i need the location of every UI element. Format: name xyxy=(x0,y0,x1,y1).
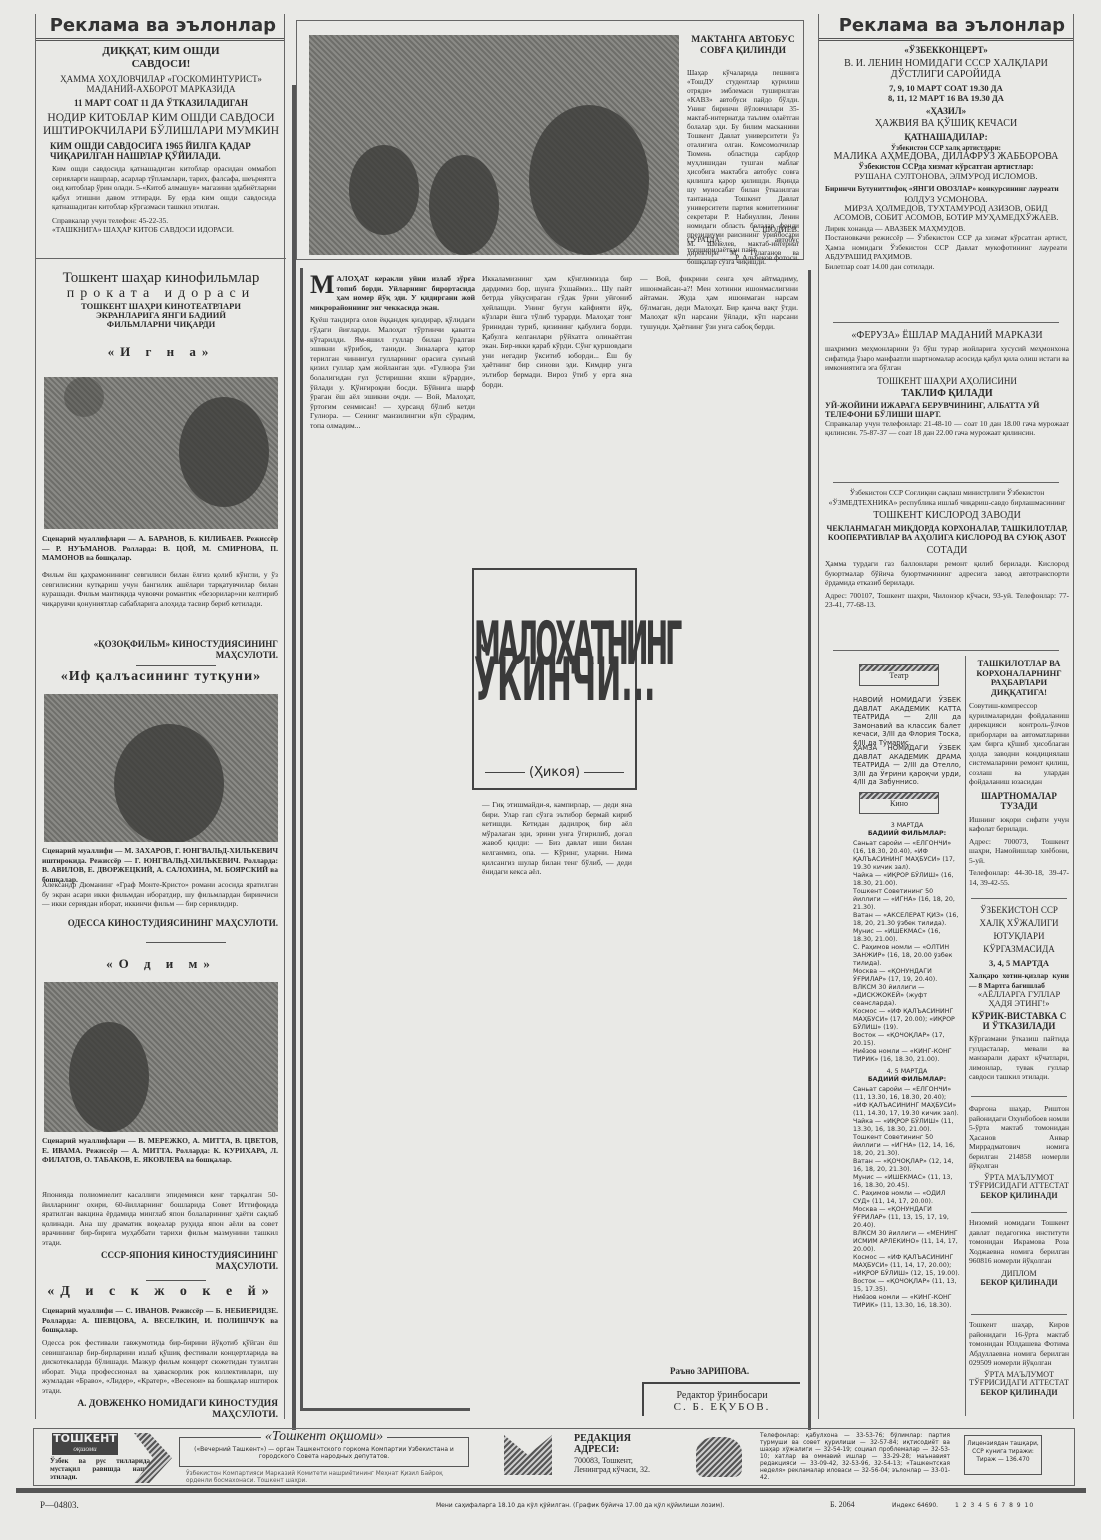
schedule-item: С. Раҳимов номли — «ОЛТИН ЗАНЖИР» (16, 1… xyxy=(853,944,961,968)
film-desc: Японияда полиомиелит касаллиги эпидемияс… xyxy=(42,1190,278,1247)
concert-subtitle: ҲАЖВИЯ ВА ҚЎШИҚ КЕЧАСИ xyxy=(825,118,1067,129)
compressor-phones: Телефонлар: 44-30-18, 39-47-14, 39-42-55… xyxy=(969,868,1069,887)
schedule-date: 4, 5 МАРТДА xyxy=(853,1068,961,1076)
schedule-item: ВЛКСМ 30 йиллиги — «МЕНИНГ ИСМИМ АРЛЕКИН… xyxy=(853,1230,961,1254)
editor-label: Редактор ўринбосари xyxy=(644,1390,800,1401)
lost-doc-status: БЕКОР ҚИЛИНАДИ xyxy=(969,1388,1069,1397)
address-label: РЕДАКЦИЯ АДРЕСИ: xyxy=(574,1433,664,1455)
editor-box: Редактор ўринбосари С. Б. ЕҚУБОВ. xyxy=(642,1382,800,1416)
concert-org: «ЎЗБЕККОНЦЕРТ» xyxy=(825,45,1067,55)
exhibition-dates: 3, 4, 5 МАРТДА xyxy=(969,958,1069,968)
film-studio: ОДЕССА КИНОСТУДИЯСИНИНГ МАҲСУЛОТИ. xyxy=(42,918,278,929)
bus-article-title: МАКТАНГА АВТОБУС СОВҒА ҚИЛИНДИ xyxy=(687,35,799,56)
film-photo xyxy=(44,694,278,842)
story-dropcap: М xyxy=(310,274,335,296)
oxygen-title: ТОШКЕНТ КИСЛОРОД ЗАВОДИ xyxy=(825,510,1069,521)
story-column-2b: — Гиқ этишмайди-я, кампирлар, — деди яна… xyxy=(482,800,632,877)
schedule-item: Ниёзов номли — «КИНГ-КОНГ ТИРИК» (11, 13… xyxy=(853,1294,961,1310)
masthead-sub: («Вечерний Ташкент») — орган Ташкентског… xyxy=(180,1444,468,1462)
other-artists: МИРЗА ҲОЛМЕДОВ, ТУХТАМУРОД АЗИЗОВ, ОБИД … xyxy=(825,204,1067,222)
bus-photo-caption: СУРАТДА: автобус топширилаётган пайт. xyxy=(687,235,799,254)
auction-note: КИМ ОШДИ САВДОСИГА 1965 ЙИЛГА ҚАДАР ЧИҚА… xyxy=(42,141,280,161)
feruza-condition: УЙ-ЖОЙИНИ ИЖАРАГА БЕРУВЧИНИНГ, АЛБАТТА У… xyxy=(825,401,1069,419)
divider xyxy=(971,1212,1067,1213)
footer: ТОШКЕНТ оқшоми Ўзбек ва рус тилларида му… xyxy=(33,1428,1075,1486)
film-credits: Сценарий муаллифлари — В. МЕРЕЖКО, А. МИ… xyxy=(42,1136,278,1165)
logo-bottom: оқшоми xyxy=(52,1445,118,1453)
schedule-item: Саньат саройи — «ЕЛГОНЧИ» (11, 13.30, 16… xyxy=(853,1086,961,1118)
divider xyxy=(971,1314,1067,1315)
schedule-item: Восток — «ҚОЧОҚЛАР» (17, 20.15). xyxy=(853,1032,961,1048)
schedule-item: Мунис — «ИШЕКМАС» (16, 18.30, 21.00). xyxy=(853,928,961,944)
cinema-schedule: 3 МАРТДА БАДИИЙ ФИЛЬМЛАР: Саньат саройи … xyxy=(853,822,961,1310)
schedule-date: 3 МАРТДА xyxy=(853,822,961,830)
concert-dates-2: 8, 11, 12 МАРТ 16 ВА 19.30 ДА xyxy=(825,93,1067,103)
schedule-item: Ватан — «ҚОЧОҚЛАР» (12, 14, 16, 18, 20, … xyxy=(853,1158,961,1174)
story-text: — Вой, фикрини сенга ҳеч айтмадиму, ишон… xyxy=(640,274,798,332)
section-header: Реклама ва эълонлар xyxy=(36,14,284,41)
film-credits: Сценарий муаллифлари — А. БАРАНОВ, Б. КИ… xyxy=(42,534,278,563)
page-numbers: 1 2 3 4 5 6 7 8 9 10 xyxy=(955,1502,1034,1509)
film-title: «И г н а» xyxy=(36,344,286,360)
schedule-item: Москва — «ҚОНУНДАГИ ЎҒРИЛАР» (17, 19, 20… xyxy=(853,968,961,984)
story-genre: (Ҳикоя) xyxy=(474,765,635,780)
story-text: — Гиқ этишмайди-я, кампирлар, — деди яна… xyxy=(482,800,632,877)
compressor-address: Адрес: 700073, Тошкент шаҳри, Намойишлар… xyxy=(969,837,1069,866)
divider xyxy=(833,322,1059,323)
column-rule xyxy=(808,270,811,1430)
exhibition-intro: Халқаро хотин-қизлар куни — 8 Мартга бағ… xyxy=(969,971,1069,990)
divider xyxy=(146,942,226,943)
story: М АЛОҲАТ керакли уйни излаб зўрға топиб … xyxy=(300,268,800,1418)
lost-doc-notice: Фарғона шаҳар, Риштон районидаги Охунбоб… xyxy=(969,1104,1069,1200)
lost-doc-type: ЎРТА МАЪЛУМОТ ТЎҒРИСИДАГИ АТТЕСТАТ xyxy=(969,1174,1069,1191)
logo: ТОШКЕНТ оқшоми xyxy=(52,1433,118,1455)
auction-date: 11 МАРТ СОАТ 11 ДА ЎТКАЗИЛАДИГАН xyxy=(42,98,280,108)
film-desc: Одесса рок фестивали гавжумотида бир-бир… xyxy=(42,1338,278,1395)
theatre-label-box[interactable]: Театр xyxy=(859,664,939,686)
lost-doc-type: ДИПЛОМ xyxy=(969,1269,1069,1278)
film-desc: Александр Дюманинг «Граф Монте-Кристо» р… xyxy=(42,880,278,909)
cinema-title: Тошкент шаҳар кинофильмлар xyxy=(36,270,286,286)
story-column-2: Иккаламизнинг ҳам кўнглимизда бир дардим… xyxy=(482,274,632,389)
story-title-2: ЎКИНЧИ... xyxy=(474,642,635,722)
column-rule xyxy=(292,85,296,1430)
compressor-quality: Ишнинг юқори сифати учун кафолат берилад… xyxy=(969,815,1069,834)
story-column-3: — Вой, фикрини сенга ҳеч айтмадиму, ишон… xyxy=(640,274,798,332)
bus-article-author: С. ШОДИЕВ. xyxy=(687,225,799,234)
signing-time: Мени саҳифаларга 18.10 да кўл қўйилган. … xyxy=(436,1502,724,1509)
feruza-invite: ТАКЛИФ ҚИЛАДИ xyxy=(825,388,1069,399)
auction-org: «ТАШКНИГА» ШАҲАР КИТОБ САВДОСИ ИДОРАСИ. xyxy=(42,225,280,235)
auction-phone: Справкалар учун телефон: 45-22-35. xyxy=(42,216,280,226)
oxygen-address: Адрес: 700107, Тошкент шаҳри, Чилонзор к… xyxy=(825,591,1069,610)
schedule-item: Саньат саройи — «ЕЛГОНЧИ» (16, 18.30, 20… xyxy=(853,840,961,872)
story-title-box: МАЛОҲАТНИНГ ЎКИНЧИ... (Ҳикоя) xyxy=(472,568,637,790)
editor-name: С. Б. ЕҚУБОВ. xyxy=(644,1401,800,1413)
schedule-item: Чайка — «ИҚРОР БЎЛИШ» (16, 18.30, 21.00)… xyxy=(853,872,961,888)
index-box: Лицензиядан ташқари, ССР кунига тиражи: … xyxy=(964,1435,1042,1475)
oxygen-ad: Ўзбекистон ССР Соғлиқни сақлаш министрли… xyxy=(819,488,1075,610)
people-artists: МАЛИКА АҲМЕДОВА, ДИЛАФРЎЗ ЖАББОРОВА xyxy=(825,152,1067,162)
schedule-item: Ниёзов номли — «КИНГ-КОНГ ТИРИК» (16, 18… xyxy=(853,1048,961,1064)
lost-doc-type: ЎРТА МАЪЛУМОТ ТЎҒРИСИДАГИ АТТЕСТАТ xyxy=(969,1371,1069,1388)
compressor-title: ТАШКИЛОТЛАР ВА КОРХОНАЛАРНИНГ РАҲБАРЛАРИ… xyxy=(969,659,1069,697)
schedule-item: Ватан — «АКСЕЛЕРАТ ҚИЗ» (16, 18, 20, 21.… xyxy=(853,912,961,928)
phone-icon xyxy=(696,1437,742,1477)
story-text: Қуёш тандирга олов ёққандек қиздирар, қў… xyxy=(310,315,475,430)
logo-top: ТОШКЕНТ xyxy=(52,1433,118,1445)
divider xyxy=(971,898,1067,899)
theatre-navoi: НАВОИЙ НОМИДАГИ ЎЗБЕК ДАВЛАТ АКАДЕМИК КА… xyxy=(853,696,961,748)
film-photo xyxy=(44,377,278,529)
participants-label: ҚАТНАШАДИЛАР: xyxy=(825,132,1067,142)
order-number: Б. 2064 xyxy=(830,1500,855,1509)
divider xyxy=(833,482,1059,483)
compressor-body: Совутиш-компрессор қурилмаларидан фойдал… xyxy=(969,701,1069,787)
envelope-icon xyxy=(504,1435,552,1475)
photo-credit: Р. Альбеков фотоси. xyxy=(687,253,799,263)
concert-venue: В. И. ЛЕНИН НОМИДАГИ СССР ХАЛҚЛАРИ ДЎСТЛ… xyxy=(825,58,1067,80)
story-author: Раъно ЗАРИПОВА. xyxy=(670,1366,749,1376)
oxygen-offer: ЧЕКЛАНМАГАН МИҚДОРДА КОРХОНАЛАР, ТАШКИЛО… xyxy=(825,524,1069,542)
feruza-address: ТОШКЕНТ ШАҲРИ АҲОЛИСИНИ xyxy=(825,376,1069,386)
feruza-ad: «ФЕРУЗА» ЁШЛАР МАДАНИЙ МАРКАЗИ шаҳримиз … xyxy=(819,330,1075,438)
film-studio: СССР-ЯПОНИЯ КИНОСТУДИЯСИНИНГ МАҲСУЛОТИ. xyxy=(42,1250,278,1272)
divider xyxy=(146,1280,206,1281)
contest-label: Биринчи Бутуниттифоқ «ЯНГИ ОВОЗЛАР» конк… xyxy=(825,184,1067,194)
lost-doc-text: Тошкент шаҳар, Киров районидаги 16-ўрта … xyxy=(969,1320,1069,1368)
auction-main: НОДИР КИТОБЛАР КИМ ОШДИ САВДОСИ ИШТИРОКЧ… xyxy=(42,112,280,137)
index-number: Индекс 64690. xyxy=(892,1502,938,1509)
laureate: ЮЛДУЗ УСМОНОВА. xyxy=(825,194,1067,204)
cinema-ad: Тошкент шаҳар кинофильмлар проката идора… xyxy=(36,264,286,329)
tickets: Билетлар соат 14.00 дан сотилади. xyxy=(825,262,1067,272)
oxygen-sells: СОТАДИ xyxy=(825,545,1069,556)
feruza-body: шаҳримиз меҳмонларини ўз бўш турар жойла… xyxy=(825,344,1069,373)
director: Постановкачи режиссёр — Ўзбекистон ССР д… xyxy=(825,233,1067,262)
oxygen-body: Ҳамма турдаги газ баллонлари ремонт қили… xyxy=(825,559,1069,588)
auction-ad: ДИҚҚАТ, КИМ ОШДИ САВДОСИ! ҲАММА ХОҲЛОВЧИ… xyxy=(36,41,284,235)
footer-phones: Телефонлар: қабулхона — 33-53-76; бўлимл… xyxy=(760,1433,950,1482)
concert-dates: 7, 9, 10 МАРТ СОАТ 19.30 ДА xyxy=(825,83,1067,93)
story-title: МАЛОҲАТНИНГ xyxy=(474,574,635,640)
honored: РУШАНА СУЛТОНОВА, ЭЛМУРОД ИСЛОМОВ. xyxy=(825,171,1067,181)
film-studio: «ҚОЗОҚФИЛЬМ» КИНОСТУДИЯСИНИНГ МАҲСУЛОТИ. xyxy=(42,639,278,661)
exhibition-event: КЎРИК-ВИСТАВКА С И ЎТКАЗИЛАДИ xyxy=(969,1011,1069,1031)
compressor-ad: ТАШКИЛОТЛАР ВА КОРХОНАЛАРНИНГ РАҲБАРЛАРИ… xyxy=(969,659,1069,887)
film-title: «Д и с к ж о к е й» xyxy=(36,1284,286,1300)
divider xyxy=(833,650,1059,651)
story-column-1: М АЛОҲАТ керакли уйни излаб зўрға топиб … xyxy=(310,274,475,434)
compressor-action: ШАРТНОМАЛАР ТУЗАДИ xyxy=(969,791,1069,811)
auction-sub: ҲАММА ХОҲЛОВЧИЛАР «ГОСКОМИНТУРИСТ» МАДАН… xyxy=(42,74,280,94)
concert-ad: «ЎЗБЕККОНЦЕРТ» В. И. ЛЕНИН НОМИДАГИ СССР… xyxy=(819,41,1073,275)
film-title: «О д и м» xyxy=(36,956,286,972)
exhibition-body: Кўргазмани ўтказиш пайтида гулдасталар, … xyxy=(969,1034,1069,1082)
story-lead: АЛОҲАТ керакли уйни излаб зўрға топиб бо… xyxy=(310,274,475,312)
oxygen-ministry: Ўзбекистон ССР Соғлиқни сақлаш министрли… xyxy=(825,488,1069,507)
masthead: «Тошкент оқшоми» xyxy=(261,1430,387,1444)
schedule-item: Тошкент Советининг 50 йиллиги — «ИГНА» (… xyxy=(853,888,961,912)
logo-note: Ўзбек ва рус тилларида мустақил равишда … xyxy=(50,1457,150,1481)
theatre-hamza: ҲАМЗА НОМИДАГИ ЎЗБЕК ДАВЛАТ АКАДЕМИК ДРА… xyxy=(853,744,961,787)
footer-rule xyxy=(16,1488,1086,1493)
schedule-item: Космос — «ИФ ҚАЛЪАСИНИНГ МАҲБУСИ» (17, 2… xyxy=(853,1008,961,1032)
schedule-item: Космос — «ИФ ҚАЛЪАСИНИНГ МАҲБУСИ» (11, 1… xyxy=(853,1254,961,1278)
film-desc: Фильм ёш қаҳрамонининг севгилиси билан ё… xyxy=(42,570,278,608)
address: 700083, Тошкент, Ленинград кўчаси, 32. xyxy=(574,1456,654,1474)
cinema-label-box[interactable]: Кино xyxy=(859,792,939,814)
exhibition-ad: ЎЗБЕКИСТОН ССР ХАЛҚ ХЎЖАЛИГИ ЮТУҚЛАРИ КЎ… xyxy=(969,904,1069,1082)
honored-label: Ўзбекистон ССРда хизмат кўрсатган артист… xyxy=(825,162,1067,171)
schedule-item: ВЛКСМ 30 йиллиги — «ДИСКЖОКЕЙ» (жуфт сеа… xyxy=(853,984,961,1008)
cinema-label: Кино xyxy=(860,799,938,808)
left-column: Реклама ва эълонлар ДИҚҚАТ, КИМ ОШДИ САВ… xyxy=(35,14,285,1419)
schedule-item: Тошкент Советининг 50 йиллиги — «ИГНА» (… xyxy=(853,1134,961,1158)
lost-doc-text: Фарғона шаҳар, Риштон районидаги Охунбоб… xyxy=(969,1104,1069,1171)
cinema-subtitle: ТОШКЕНТ ШАҲРИ КИНОТЕАТРЛАРИ ЭКРАНЛАРИГА … xyxy=(36,302,286,329)
lost-doc-notice: Низомий номидаги Тошкент давлат педагоги… xyxy=(969,1218,1069,1287)
schedule-list-2: Саньат саройи — «ЕЛГОНЧИ» (11, 13.30, 16… xyxy=(853,1086,961,1310)
auction-body: Ким ошди савдосида қатнашадиган китоблар… xyxy=(42,164,280,212)
schedule-section: БАДИИЙ ФИЛЬМЛАР: xyxy=(853,1076,961,1084)
exhibition-slogan: «АЁЛЛАРГА ГУЛЛАР ҲАДЯ ЭТИНГ!» xyxy=(969,990,1069,1008)
theatre-label: Театр xyxy=(860,671,938,680)
film-credits: Сценарий муаллифи — С. ИВАНОВ. Режиссёр … xyxy=(42,1306,278,1335)
divider xyxy=(36,258,286,259)
feruza-phones: Справкалар учун телефонлар: 21-48-10 — с… xyxy=(825,419,1069,438)
schedule-item: Мунис — «ИШЕКМАС» (11, 13, 16, 18.30, 20… xyxy=(853,1174,961,1190)
section-header: Реклама ва эълонлар xyxy=(819,14,1073,41)
film-photo xyxy=(44,982,278,1132)
lost-doc-text: Низомий номидаги Тошкент давлат педагоги… xyxy=(969,1218,1069,1266)
printer-info: Ўзбекистон Компартияси Марказий Комитети… xyxy=(186,1471,466,1485)
feruza-title: «ФЕРУЗА» ЁШЛАР МАДАНИЙ МАРКАЗИ xyxy=(825,330,1069,341)
right-column: Реклама ва эълонлар «ЎЗБЕККОНЦЕРТ» В. И.… xyxy=(818,14,1074,1419)
story-text: Иккаламизнинг ҳам кўнглимизда бир дардим… xyxy=(482,274,632,389)
story-bottom-rule xyxy=(300,1408,470,1411)
bottom-left-code: Р—04803. xyxy=(40,1500,79,1510)
auction-title: ДИҚҚАТ, КИМ ОШДИ САВДОСИ! xyxy=(42,45,280,70)
bus-article-box: МАКТАНГА АВТОБУС СОВҒА ҚИЛИНДИ Шаҳар кўч… xyxy=(296,20,804,260)
singer: Лирик хонанда — АВАЗБЕК МАҲМУДОВ. xyxy=(825,224,1067,234)
schedule-item: С. Раҳимов номли — «ОДИЛ СУД» (11, 14, 1… xyxy=(853,1190,961,1206)
film-credits: Сценарий муаллифи — М. ЗАХАРОВ, Г. ЮНГВА… xyxy=(42,846,278,884)
schedule-list-1: Саньат саройи — «ЕЛГОНЧИ» (16, 18.30, 20… xyxy=(853,840,961,1064)
lost-doc-notice: Тошкент шаҳар, Киров районидаги 16-ўрта … xyxy=(969,1320,1069,1397)
schedule-item: Восток — «ҚОЧОҚЛАР» (11, 13, 15, 17.35). xyxy=(853,1278,961,1294)
cinema-title-2: проката идораси xyxy=(36,286,286,302)
divider xyxy=(965,656,966,1416)
film-studio: А. ДОВЖЕНКО НОМИДАГИ КИНОСТУДИЯ МАҲСУЛОТ… xyxy=(42,1399,278,1421)
exhibition-title: ЎЗБЕКИСТОН ССР ХАЛҚ ХЎЖАЛИГИ ЮТУҚЛАРИ КЎ… xyxy=(969,904,1069,956)
story-border xyxy=(300,268,303,1408)
divider xyxy=(971,1096,1067,1097)
film-title: «Иф қалъасининг тутқуни» xyxy=(36,669,286,685)
divider xyxy=(136,665,216,666)
schedule-item: Москва — «ҚОНУНДАГИ ЎҒРИЛАР» (11, 13, 15… xyxy=(853,1206,961,1230)
masthead-box: «Тошкент оқшоми» («Вечерний Ташкент») — … xyxy=(179,1437,469,1467)
schedule-item: Чайка — «ИҚРОР БЎЛИШ» (11, 13.30, 16, 18… xyxy=(853,1118,961,1134)
concert-show: «ҲАЗИЛ» xyxy=(825,106,1067,116)
schedule-section: БАДИИЙ ФИЛЬМЛАР: xyxy=(853,830,961,838)
bus-photo xyxy=(309,35,679,255)
genre-label: (Ҳикоя) xyxy=(529,765,580,780)
lost-doc-status: БЕКОР ҚИЛИНАДИ xyxy=(969,1278,1069,1287)
lost-doc-status: БЕКОР ҚИЛИНАДИ xyxy=(969,1191,1069,1200)
